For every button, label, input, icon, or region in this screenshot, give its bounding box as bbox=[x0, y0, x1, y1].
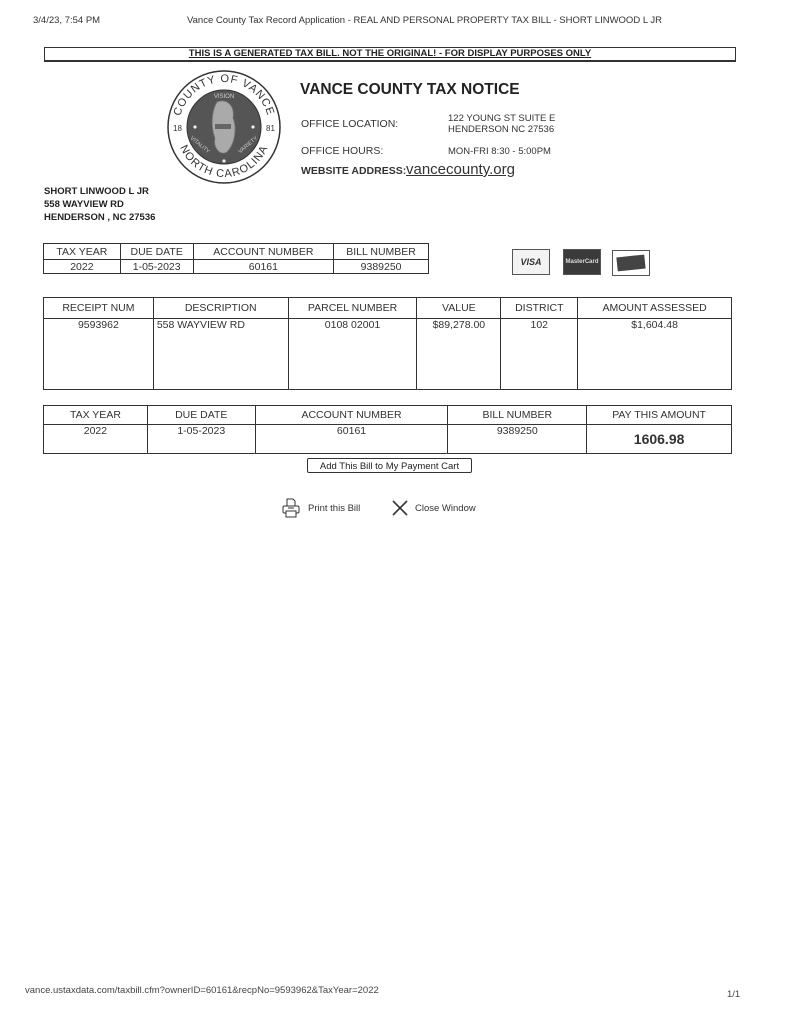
header-due-date: DUE DATE bbox=[147, 406, 255, 425]
close-icon[interactable] bbox=[391, 499, 409, 517]
bill-number-value: 9389250 bbox=[448, 425, 587, 454]
pay-amount-table: TAX YEAR DUE DATE ACCOUNT NUMBER BILL NU… bbox=[43, 405, 732, 454]
mastercard-card-icon: MasterCard bbox=[563, 249, 601, 275]
notice-title: VANCE COUNTY TAX NOTICE bbox=[300, 81, 520, 99]
discover-card-icon bbox=[612, 250, 650, 276]
header-receipt-num: RECEIPT NUM bbox=[44, 298, 154, 319]
header-bill-number: BILL NUMBER bbox=[334, 244, 429, 260]
banner-text: THIS IS A GENERATED TAX BILL. NOT THE OR… bbox=[189, 48, 591, 59]
header-parcel-number: PARCEL NUMBER bbox=[288, 298, 417, 319]
office-location-value: 122 YOUNG ST SUITE E HENDERSON NC 27536 bbox=[448, 113, 555, 135]
add-to-payment-cart-button[interactable]: Add This Bill to My Payment Cart bbox=[307, 458, 472, 473]
office-location-line2: HENDERSON NC 27536 bbox=[448, 124, 555, 135]
header-pay-this-amount: PAY THIS AMOUNT bbox=[587, 406, 732, 425]
print-datetime: 3/4/23, 7:54 PM bbox=[33, 15, 100, 26]
office-hours-value: MON-FRI 8:30 - 5:00PM bbox=[448, 146, 551, 157]
svg-text:81: 81 bbox=[266, 124, 275, 133]
header-district: DISTRICT bbox=[501, 298, 578, 319]
table-row: 2022 1-05-2023 60161 9389250 bbox=[44, 260, 429, 274]
visa-card-icon: VISA bbox=[512, 249, 550, 275]
office-hours-label: OFFICE HOURS: bbox=[301, 145, 383, 157]
header-tax-year: TAX YEAR bbox=[44, 244, 121, 260]
value-value: $89,278.00 bbox=[417, 319, 501, 390]
header-account-number: ACCOUNT NUMBER bbox=[255, 406, 448, 425]
amount-assessed-value: $1,604.48 bbox=[578, 319, 732, 390]
account-number-value: 60161 bbox=[193, 260, 334, 274]
owner-address-block: SHORT LINWOOD L JR 558 WAYVIEW RD HENDER… bbox=[44, 185, 155, 224]
receipt-num-value: 9593962 bbox=[44, 319, 154, 390]
header-description: DESCRIPTION bbox=[153, 298, 288, 319]
header-due-date: DUE DATE bbox=[120, 244, 193, 260]
header-value: VALUE bbox=[417, 298, 501, 319]
owner-city-state-zip: HENDERSON , NC 27536 bbox=[44, 211, 155, 224]
svg-text:VISION: VISION bbox=[214, 94, 234, 100]
owner-street: 558 WAYVIEW RD bbox=[44, 198, 155, 211]
property-detail-table: RECEIPT NUM DESCRIPTION PARCEL NUMBER VA… bbox=[43, 297, 732, 390]
header-amount-assessed: AMOUNT ASSESSED bbox=[578, 298, 732, 319]
print-bill-link[interactable]: Print this Bill bbox=[308, 503, 360, 514]
header-tax-year: TAX YEAR bbox=[44, 406, 148, 425]
tax-year-value: 2022 bbox=[44, 425, 148, 454]
website-link[interactable]: vancecounty.org bbox=[406, 161, 515, 178]
table-row: 2022 1-05-2023 60161 9389250 1606.98 bbox=[44, 425, 732, 454]
table-row: 9593962 558 WAYVIEW RD 0108 02001 $89,27… bbox=[44, 319, 732, 390]
website-label: WEBSITE ADDRESS: bbox=[301, 165, 406, 177]
pay-this-amount-value: 1606.98 bbox=[587, 425, 732, 454]
header-bill-number: BILL NUMBER bbox=[448, 406, 587, 425]
office-location-line1: 122 YOUNG ST SUITE E bbox=[448, 113, 555, 124]
county-seal-logo: COUNTY OF VANCE NORTH CAROLINA 18 81 VIS… bbox=[165, 68, 283, 186]
print-footer-page-number: 1/1 bbox=[727, 989, 740, 1000]
printer-icon[interactable] bbox=[282, 498, 300, 518]
due-date-value: 1-05-2023 bbox=[147, 425, 255, 454]
bill-summary-table: TAX YEAR DUE DATE ACCOUNT NUMBER BILL NU… bbox=[43, 243, 429, 274]
office-location-label: OFFICE LOCATION: bbox=[301, 118, 398, 130]
bill-number-value: 9389250 bbox=[334, 260, 429, 274]
close-window-link[interactable]: Close Window bbox=[415, 503, 476, 514]
display-only-banner: THIS IS A GENERATED TAX BILL. NOT THE OR… bbox=[44, 47, 736, 62]
header-account-number: ACCOUNT NUMBER bbox=[193, 244, 334, 260]
district-value: 102 bbox=[501, 319, 578, 390]
tax-year-value: 2022 bbox=[44, 260, 121, 274]
print-footer-url: vance.ustaxdata.com/taxbill.cfm?ownerID=… bbox=[25, 985, 379, 996]
account-number-value: 60161 bbox=[255, 425, 448, 454]
print-page-title: Vance County Tax Record Application - RE… bbox=[187, 15, 662, 26]
owner-name: SHORT LINWOOD L JR bbox=[44, 185, 155, 198]
svg-text:18: 18 bbox=[173, 124, 182, 133]
parcel-number-value: 0108 02001 bbox=[288, 319, 417, 390]
description-value: 558 WAYVIEW RD bbox=[153, 319, 288, 390]
due-date-value: 1-05-2023 bbox=[120, 260, 193, 274]
